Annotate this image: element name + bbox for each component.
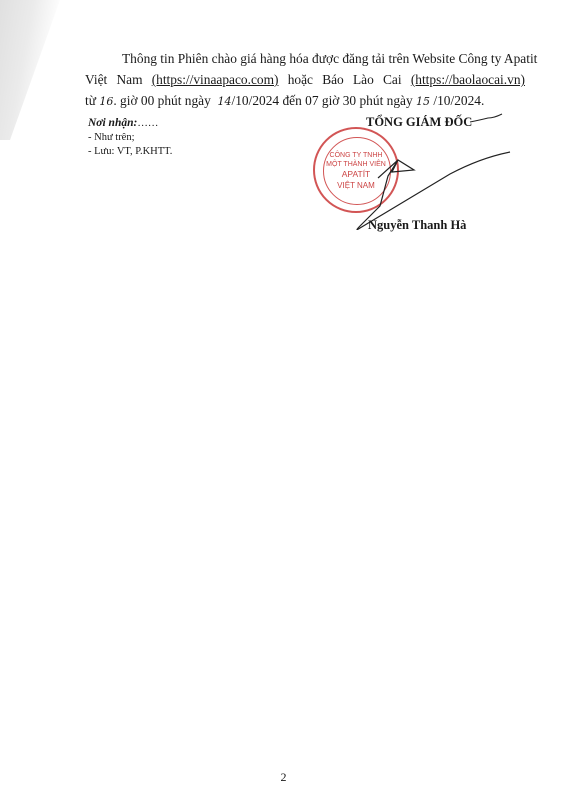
link-baolaocai[interactable]: (https://baolaocai.vn)	[411, 69, 525, 90]
signature-icon	[300, 110, 530, 230]
handwritten-hour: 16	[99, 95, 113, 108]
recipients-title-dots: ……	[137, 118, 158, 129]
recipients-title-label: Nơi nhận:	[88, 117, 137, 129]
handwritten-start-day: 14	[218, 95, 232, 108]
text-mid: . giờ 00 phút ngày	[113, 93, 210, 108]
text-prefix: từ	[85, 93, 96, 108]
recipients-title: Nơi nhận:……	[88, 116, 172, 131]
recipients-block: Nơi nhận:…… - Như trên; - Lưu: VT, P.KHT…	[88, 116, 172, 159]
link-vinaapaco[interactable]: (https://vinaapaco.com)	[152, 69, 279, 90]
text-word: Nam	[116, 69, 142, 90]
text-word: Cai	[383, 69, 402, 90]
text-mid: /10/2024 đến 07 giờ 30 phút ngày	[232, 93, 413, 108]
text-word: Việt	[85, 69, 107, 90]
handwritten-end-day: 15	[416, 95, 430, 108]
recipient-item: - Như trên;	[88, 131, 172, 145]
signer-name: Nguyễn Thanh Hà	[368, 218, 466, 233]
text-word: Báo	[322, 69, 344, 90]
page-number: 2	[0, 770, 567, 785]
text-word: hoặc	[288, 69, 313, 90]
paragraph-line-1: Thông tin Phiên chào giá hàng hóa được đ…	[85, 48, 525, 69]
text-suffix: /10/2024.	[430, 93, 484, 108]
paragraph-line-3: từ 16. giờ 00 phút ngày 14/10/2024 đến 0…	[85, 90, 525, 112]
paragraph-line-2: Việt Nam (https://vinaapaco.com) hoặc Bá…	[85, 69, 525, 90]
text-word: Lào	[353, 69, 374, 90]
announcement-paragraph: Thông tin Phiên chào giá hàng hóa được đ…	[85, 48, 525, 112]
scan-shadow	[0, 0, 60, 140]
recipient-item: - Lưu: VT, P.KHTT.	[88, 145, 172, 159]
